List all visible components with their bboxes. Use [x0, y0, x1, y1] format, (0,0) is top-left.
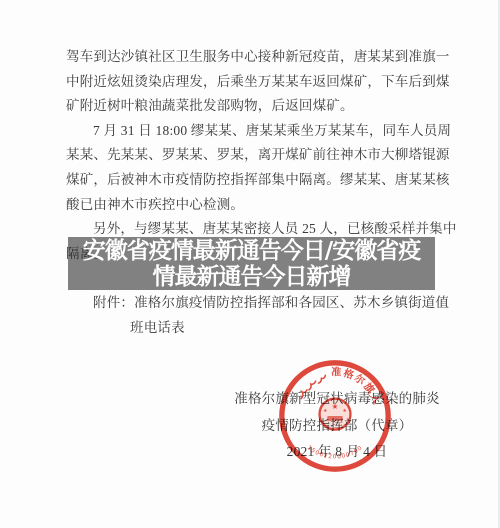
- official-seal: 准格尔旗人民政府 ★ ★ ★ 1506220000790: [277, 358, 393, 474]
- seal-serial: 1506220000790: [306, 445, 364, 461]
- document-body: 驾车到达沙镇社区卫生服务中心接种新冠疫苗，唐某某到准旗一 中附近炫妞烫染店理发，…: [66, 45, 438, 340]
- headline-line-2: 情最新通告今日新增: [68, 264, 435, 290]
- attachment-line: 附件：准格尔旗疫情防控指挥部和各园区、苏木乡镇街道值: [66, 291, 438, 316]
- document-line: 酸已由神木市疾控中心检测。: [66, 193, 438, 218]
- headline-overlay-banner: 安徽省疫情最新通告今日/安徽省疫 情最新通告今日新增: [68, 237, 435, 290]
- document-line: 矿附近树叶粮油蔬菜批发部购物，后返回煤矿。: [66, 94, 438, 119]
- emblem-star-left: ★: [323, 408, 328, 414]
- headline-text-block: 安徽省疫情最新通告今日/安徽省疫 情最新通告今日新增: [68, 237, 435, 290]
- screenshot-root: { "document": { "lines": [ "驾车到达沙镇社区卫生服务…: [0, 0, 500, 528]
- document-line: 某某、先某某、罗某某、罗某，离开煤矿前往神木市大柳塔锟源: [66, 143, 438, 168]
- document-line: 驾车到达沙镇社区卫生服务中心接种新冠疫苗，唐某某到准旗一: [66, 45, 438, 70]
- document-line: 7 月 31 日 18:00 缪某某、唐某某乘坐万某某车，同车人员周: [66, 119, 438, 144]
- headline-line-1: 安徽省疫情最新通告今日/安徽省疫: [68, 238, 435, 264]
- document-page: 驾车到达沙镇社区卫生服务中心接种新冠疫苗，唐某某到准旗一 中附近炫妞烫染店理发，…: [0, 0, 500, 528]
- seal-serial-path: 1506220000790: [306, 445, 364, 461]
- seal-emblem: ★ ★ ★: [320, 399, 351, 430]
- emblem-star-right: ★: [342, 408, 347, 414]
- document-line: 煤矿，后被神木市疫情防控指挥部集中隔离。缪某某、唐某某核: [66, 168, 438, 193]
- attachment-line: 班电话表: [66, 316, 438, 341]
- emblem-gate: [327, 416, 342, 421]
- document-line: 中附近炫妞烫染店理发，后乘坐万某某车返回煤矿，下车后到煤: [66, 70, 438, 95]
- emblem-star-center: ★: [332, 402, 339, 411]
- seal-mongolian-script: [301, 375, 325, 398]
